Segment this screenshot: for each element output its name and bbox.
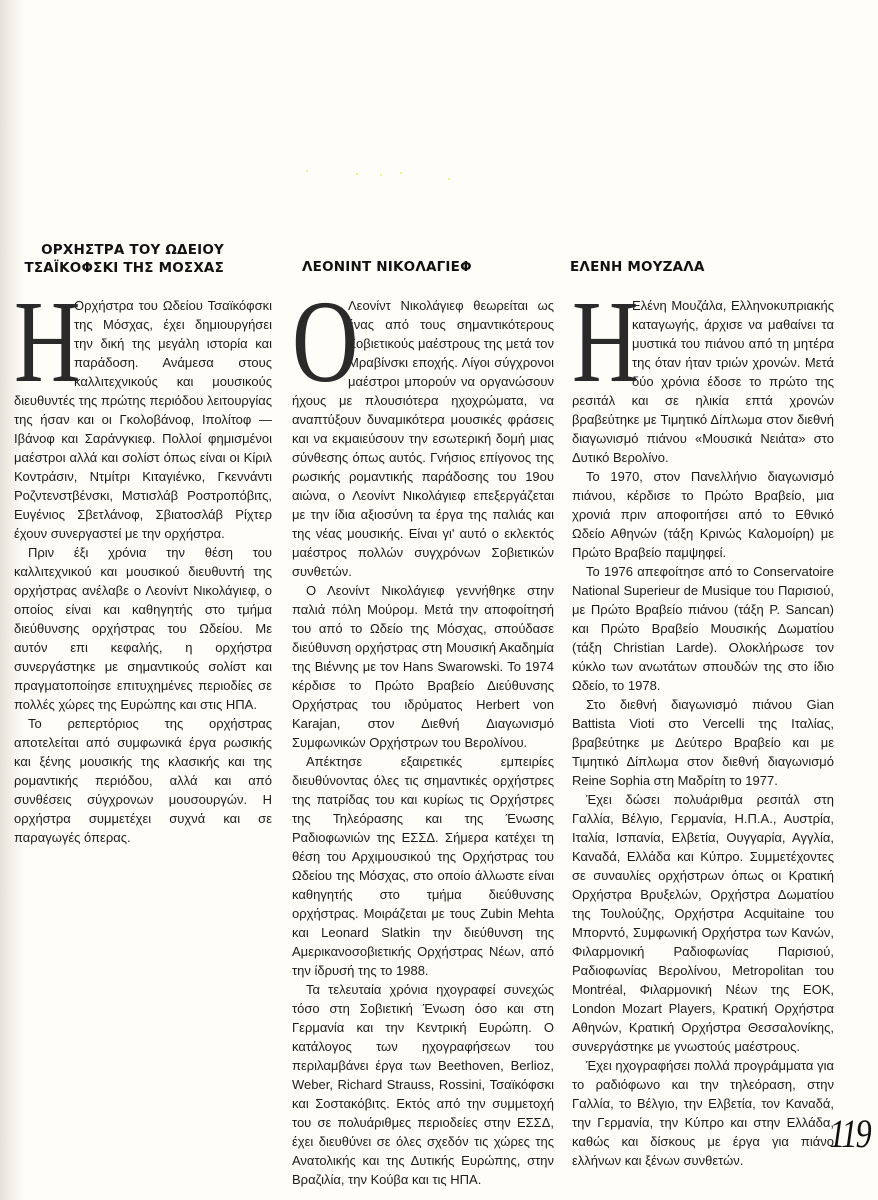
print-speck <box>306 170 308 172</box>
paragraph: Το 1976 απεφοίτησε από το Conservatoire … <box>572 562 834 695</box>
drop-cap: Η <box>14 298 55 390</box>
paragraph: Απέκτησε εξαιρετικές εμπειρίες διευθύνον… <box>292 752 554 980</box>
article-heading: ΟΡΧΗΣΤΡΑ ΤΟΥ ΩΔΕΙΟΥ ΤΣΑΪΚΟΦΣΚΙ ΤΗΣ ΜΟΣΧΑ… <box>0 241 224 277</box>
paragraph: Το ρεπερτόριος της ορχήστρας αποτελείται… <box>14 714 272 847</box>
print-speck <box>380 174 382 176</box>
paragraph: Ο Λεονίντ Νικολάγιεφ γεννήθηκε στην παλι… <box>292 581 554 752</box>
article-body: Ο Λεονίντ Νικολάγιεφ θεωρείται ως ένας α… <box>292 296 554 1189</box>
paragraph: Έχει ηχογραφήσει πολλά προγράμματα για τ… <box>572 1056 834 1170</box>
article-heading: ΕΛΕΝΗ ΜΟΥΖΑΛΑ <box>570 258 705 276</box>
print-speck <box>356 173 358 175</box>
print-speck <box>448 178 450 180</box>
print-speck <box>400 172 402 174</box>
drop-cap: Ο <box>292 298 329 390</box>
article-body: Η Ορχήστρα του Ωδείου Τσαϊκόφσκι της Μόσ… <box>14 296 272 847</box>
paragraph: Στο διεθνή διαγωνισμό πιάνου Gian Battis… <box>572 695 834 790</box>
article-heading: ΛΕΟΝΙΝΤ ΝΙΚΟΛΑΓΙΕΦ <box>302 258 472 276</box>
paragraph: Το 1970, στον Πανελλήνιο διαγωνισμό πιάν… <box>572 467 834 562</box>
page-number: 119 <box>829 1112 870 1156</box>
paragraph: Τα τελευταία χρόνια ηχογραφεί συνεχώς τό… <box>292 980 554 1189</box>
drop-cap: Η <box>572 298 613 390</box>
article-body: Η Ελένη Μουζάλα, Ελληνοκυπριακής καταγωγ… <box>572 296 834 1170</box>
paragraph: Πριν έξι χρόνια την θέση του καλλιτεχνικ… <box>14 543 272 714</box>
paragraph: Έχει δώσει πολυάριθμα ρεσιτάλ στη Γαλλία… <box>572 790 834 1056</box>
